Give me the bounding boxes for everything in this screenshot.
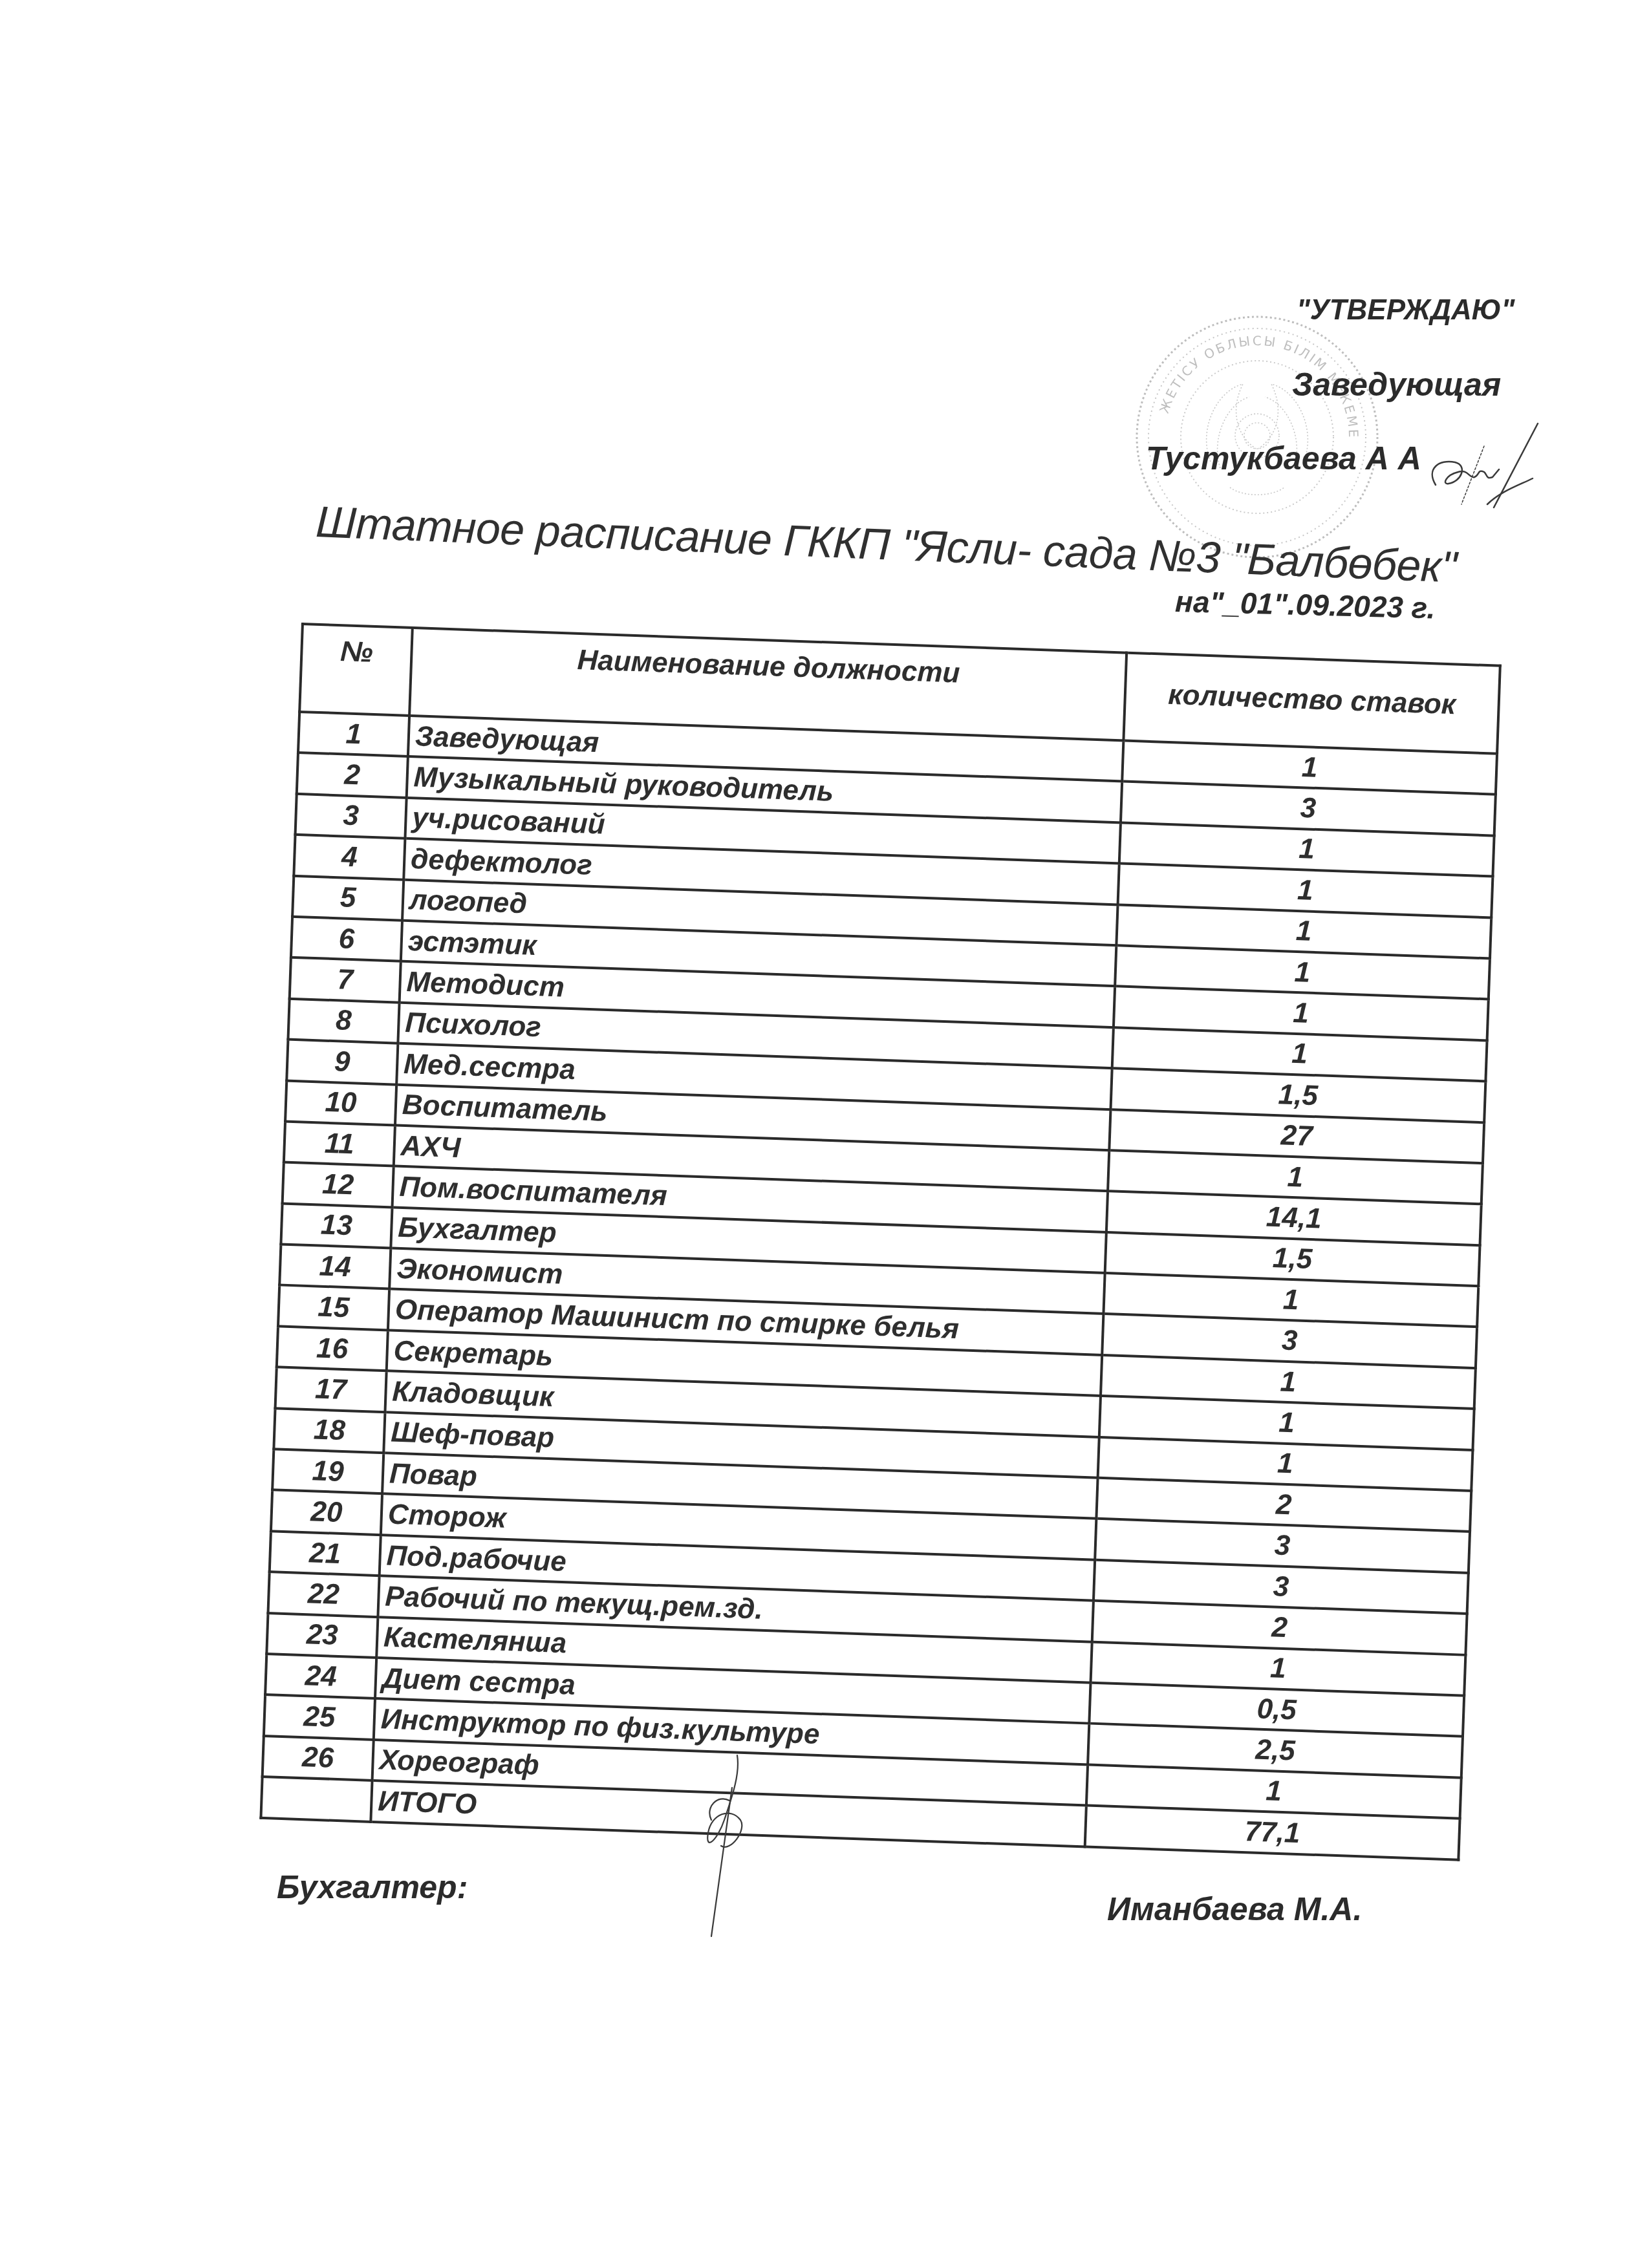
accountant-name: Иманбаева М.А. <box>1107 1890 1362 1928</box>
row-number: 10 <box>285 1080 396 1125</box>
document-date: на"_01".09.2023 г. <box>1175 584 1436 626</box>
row-number: 1 <box>298 712 409 756</box>
row-number: 20 <box>271 1490 382 1535</box>
row-number: 26 <box>263 1736 374 1781</box>
approver-position: Заведующая <box>1292 366 1501 403</box>
row-number: 2 <box>297 753 408 797</box>
row-number: 15 <box>278 1285 389 1330</box>
row-number: 17 <box>275 1367 387 1412</box>
staffing-table: № Наименование должности количество став… <box>259 623 1501 1861</box>
accountant-label: Бухгалтер: <box>277 1868 468 1906</box>
approval-label: "УТВЕРЖДАЮ" <box>1297 294 1514 326</box>
row-number: 13 <box>281 1203 392 1248</box>
row-number: 19 <box>272 1449 383 1493</box>
official-seal-icon: ЖЕТІСУ ОБЛЫСЫ БІЛІМ МЕКЕМЕСІ <box>1133 313 1381 561</box>
row-number: 14 <box>279 1245 391 1289</box>
row-number: 21 <box>270 1531 381 1576</box>
row-number: 16 <box>277 1326 388 1371</box>
row-number: 3 <box>296 794 407 839</box>
head-signature-icon <box>1423 407 1552 517</box>
table-body: 1Заведующая12Музыкальный руководитель33у… <box>261 712 1497 1859</box>
row-number: 6 <box>291 917 402 961</box>
row-number: 9 <box>286 1040 398 1084</box>
accountant-signature-icon <box>692 1749 763 1943</box>
row-number: 22 <box>268 1572 380 1616</box>
header-rate-count: количество ставок <box>1123 653 1500 754</box>
staffing-table-container: № Наименование должности количество став… <box>259 623 1501 1861</box>
row-number: 7 <box>290 957 401 1002</box>
row-number: 18 <box>274 1408 385 1453</box>
row-number: 4 <box>294 835 405 879</box>
approver-name: Тустукбаева А А <box>1146 440 1421 477</box>
row-number: 11 <box>284 1122 395 1166</box>
row-number: 5 <box>292 875 404 920</box>
row-number: 23 <box>266 1613 378 1658</box>
row-number: 12 <box>283 1162 394 1207</box>
total-number <box>261 1777 372 1821</box>
row-number: 25 <box>264 1695 375 1739</box>
header-number: № <box>299 624 413 716</box>
row-number: 24 <box>265 1654 376 1698</box>
row-number: 8 <box>288 998 399 1043</box>
